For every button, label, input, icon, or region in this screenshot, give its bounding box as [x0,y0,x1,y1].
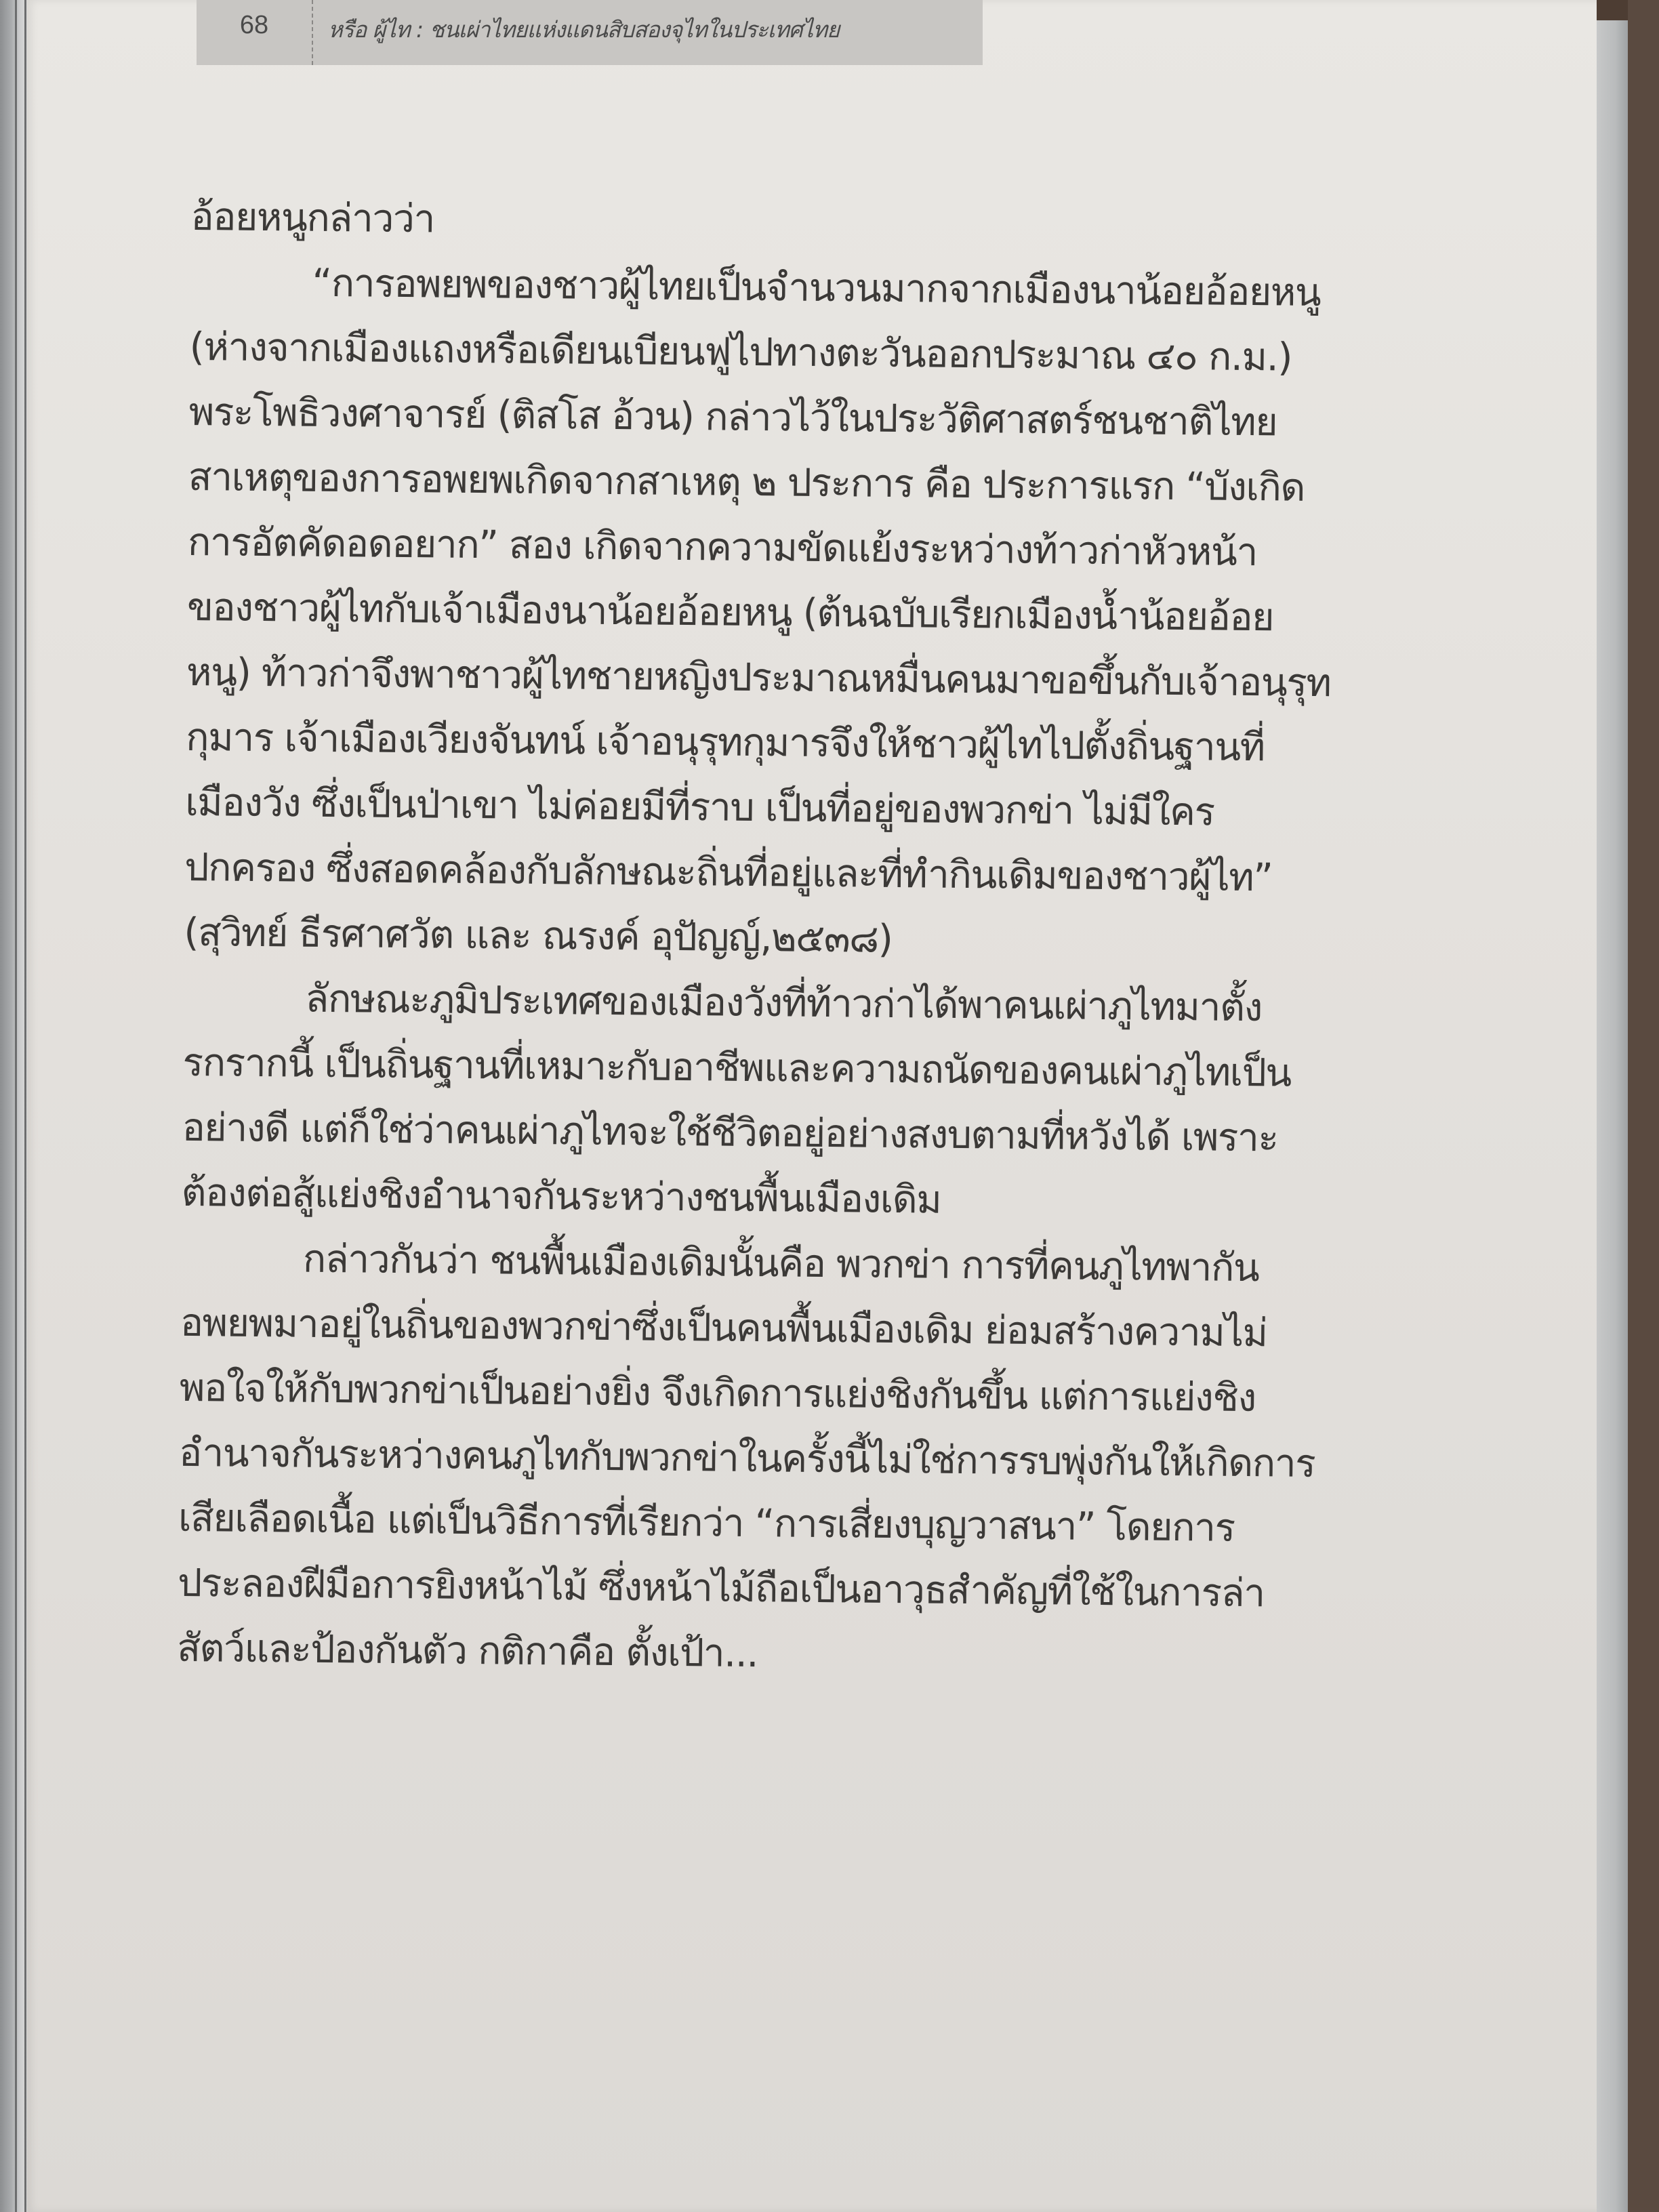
running-header: 68 หรือ ผู้ไท : ชนเผ่าไทยแห่งแดนสิบสองจุ… [197,0,983,65]
page-edge-line [24,0,26,2212]
text-line: สัตว์และป้องกันตัว กติกาคือ ตั้งเป้า... [177,1616,1594,1694]
page-edge-line [15,0,17,2212]
page-number: 68 [197,11,312,40]
page-stack-edge [0,0,27,2212]
book-title: หรือ ผู้ไท : ชนเผ่าไทยแห่งแดนสิบสองจุไทใ… [313,12,839,47]
body-text: อ้อยหนูกล่าวว่า “การอพยพของชาวผู้ไทยเป็น… [177,184,1607,1694]
